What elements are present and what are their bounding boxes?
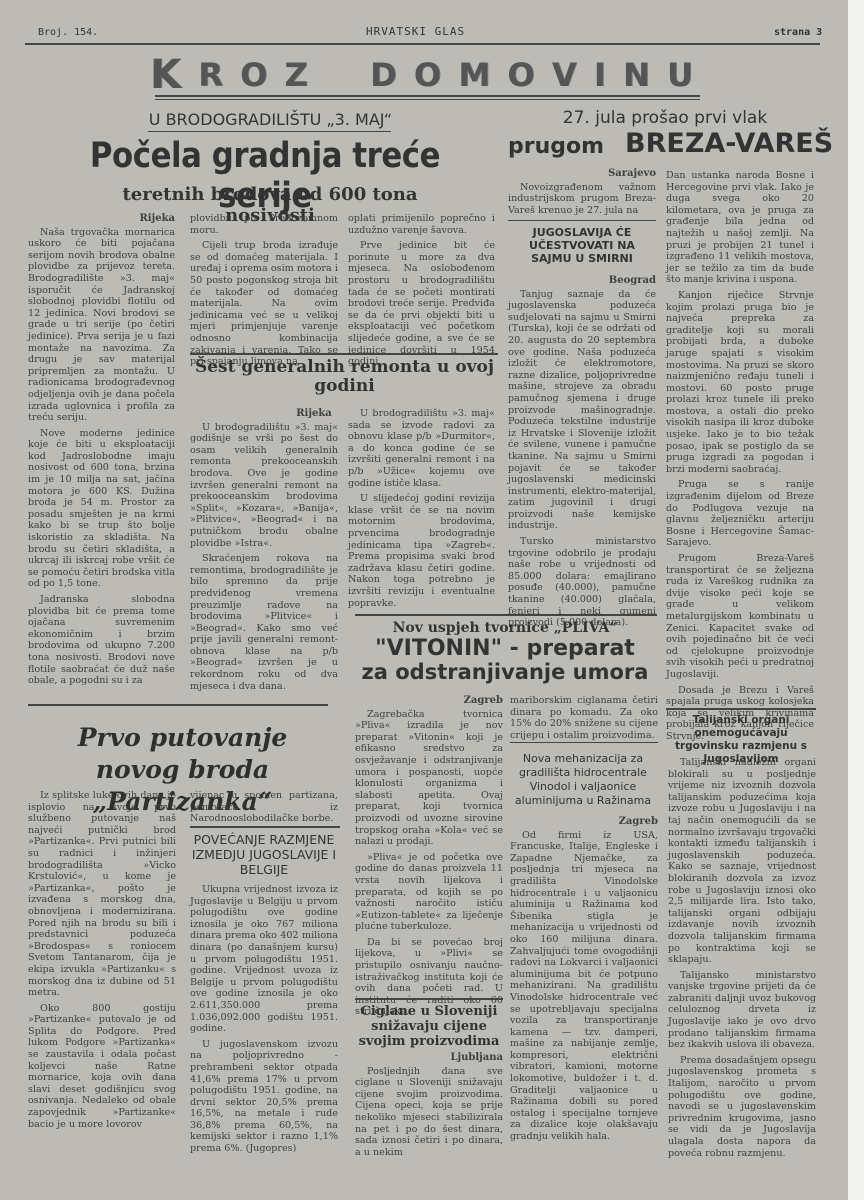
page-number: strana 3 [774,27,822,38]
masthead-letter: O [240,56,269,94]
masthead-letter: I [594,56,608,94]
masthead-letter: V [552,56,579,94]
partizanka-column-1: Iz splitske luke ovih dana je isplovio n… [28,790,176,1134]
paragraph: Prema dosadašnjem opsegu jugoslavenskog … [668,1055,816,1159]
kicker-rule [148,131,391,132]
smirna-column: Beograd Tanjug saznaje da će jugoslavens… [508,275,656,633]
paper-name: HRVATSKI GLAS [366,25,465,38]
page-edge [848,0,864,1200]
pliva-headline-line1: "VITONIN" - preparat [355,636,655,661]
paragraph: Oko 800 gostiju »Partizanke« putovalo je… [28,1003,176,1131]
paragraph: Talijansko ministarstvo vanjske trgovine… [668,970,816,1051]
section-rule [510,742,658,743]
masthead-letter: Z [285,56,310,94]
paragraph: U brodogradilištu »3. maj« godišnje se v… [190,422,338,550]
section-rule [190,826,340,828]
masthead-letter: O [414,56,443,94]
pliva-column: Zagreb Zagrebačka tvornica »Pliva« izrad… [355,695,503,1022]
remont-dateline: Rijeka [290,408,338,420]
paragraph: U jugoslavenskom izvozu na poljoprivredn… [190,1039,338,1155]
railway-kicker: 27. jula prošao prvi vlak [510,108,820,128]
vinodol-column: Zagreb Od firmi iz USA, Francuske, Itali… [510,816,658,1147]
railway-headline: BREZA-VAREŠ [625,128,833,159]
belgium-headline: POVEĆANJE RAZMJENE IZMEDJU JUGOSLAVIJE I… [188,832,340,877]
section-rule [355,998,503,1000]
section-rule [190,353,498,355]
ciglane-continuation: mariborskim ciglanama četiri dinara po k… [510,695,658,745]
ciglane-headline: Ciglane u Sloveniji snižavaju cijene svo… [355,1004,503,1049]
vinodol-dateline: Zagreb [510,816,658,828]
smirna-headline: JUGOSLAVIJA ĆE UČESTVOVATI NA SAJMU U SM… [508,226,656,265]
paragraph: Ukupna vrijednost izvoza iz Jugoslavije … [190,884,338,1035]
paragraph: Od firmi iz USA, Francuske, Italije, Eng… [510,830,658,1143]
masthead-letter: R [198,56,225,94]
ciglane-column: Ljubljana Posljednjih dana sve ciglane u… [355,1052,503,1162]
paragraph: mariborskim ciglanama četiri dinara po k… [510,695,658,741]
paragraph: Zagrebačka tvornica »Pliva« izradila je … [355,709,503,848]
paragraph: Novoizgrađenom važnom industrijskom prug… [508,182,656,217]
paragraph: U slijedećoj godini revizija klase vršit… [348,493,495,609]
masthead-letter: U [667,56,695,94]
paragraph: Tanjug saznaje da će jugoslavenska poduz… [508,289,656,532]
paragraph: Pruga se s ranije izgrađenim dijelom od … [666,479,814,549]
shipyard-kicker: U BRODOGRADILIŠTU „3. MAJ“ [148,110,393,129]
paragraph: Kanjon riječice Strvnje kojim prolazi pr… [666,290,814,476]
remont-column-2: U brodogradilištu »3. maj« sada se izvod… [348,408,495,613]
railway-column-2: Dan ustanka naroda Bosne i Hercegovine p… [666,170,814,747]
paragraph: Talijanski nadležni organi blokirali su … [668,757,816,966]
remont-headline: Šest generalnih remonta u ovoj godini [192,358,497,396]
paragraph: Jadranska slobodna plovidba bit će prema… [28,594,175,687]
belgium-column: Ukupna vrijednost izvoza iz Jugoslavije … [190,884,338,1159]
shipyard-column-2: plovidbu po Sredozemnom moru. Cijeli tru… [190,213,338,372]
paragraph: Prve jedinice bit će porinute u more za … [348,240,495,368]
pliva-kicker: Nov uspjeh tvornice „PLIVA“ [355,620,655,636]
header-rule [25,43,820,45]
pliva-headline-line2: za odstranjivanje umora [355,660,655,684]
paragraph: Iz splitske luke ovih dana je isplovio n… [28,790,176,999]
masthead-rule-1 [155,95,700,97]
masthead-letter: O [507,56,536,94]
masthead-rule-2 [155,99,700,100]
paragraph: Cijeli trup broda izrađuje se od domaćeg… [190,240,338,368]
vinodol-headline: Nova mehanizacija za gradilišta hidrocen… [508,752,658,808]
railway-headline-prefix: prugom [508,134,604,159]
newspaper-page: Broj. 154. HRVATSKI GLAS strana 3 K R O … [0,0,848,1200]
partizanka-column-2: vijenac u spomen partizana, pomoraca iz … [190,790,338,829]
paragraph: »Pliva« je od početka ove godine do dana… [355,852,503,933]
paragraph: Prugom Breza-Vareš transportirat će se ž… [666,553,814,681]
paragraph: plovidbu po Sredozemnom moru. [190,213,338,236]
railway-column-1: Sarajevo Novoizgrađenom važnom industrij… [508,168,656,220]
issue-number: Broj. 154. [38,27,98,38]
section-rule [508,220,656,221]
paragraph: Nove moderne jedinice koje će biti u eks… [28,428,175,590]
shipyard-dateline: Rijeka [28,213,175,225]
ciglane-dateline: Ljubljana [355,1052,503,1064]
paragraph: Naša trgovačka mornarica uskoro će biti … [28,227,175,424]
section-rule [666,708,816,710]
smirna-dateline: Beograd [508,275,656,287]
paragraph: Dan ustanka naroda Bosne i Hercegovine p… [666,170,814,286]
remont-column-1: Rijeka U brodogradilištu »3. maj« godišn… [190,408,338,696]
paragraph: oplati primijenilo poprečno i uzdužno va… [348,213,495,236]
paragraph: Posljednjih dana sve ciglane u Sloveniji… [355,1066,503,1159]
paragraph: U brodogradilištu »3. maj« sada se izvod… [348,408,495,489]
shipyard-column-3: oplati primijenilo poprečno i uzdužno va… [348,213,495,372]
masthead-letter: M [458,56,492,94]
section-rule [28,704,328,706]
section-rule [355,614,657,616]
pliva-dateline: Zagreb [355,695,503,707]
italy-column: Talijanski nadležni organi blokirali su … [668,757,816,1163]
masthead-letter: D [370,56,399,94]
paragraph: Skraćenjem rokova na remontima, brodogra… [190,553,338,692]
masthead-letter: N [623,56,652,94]
masthead-letter: K [150,52,183,98]
shipyard-column-1: Rijeka Naša trgovačka mornarica uskoro ć… [28,213,175,691]
section-masthead: K R O Z D O M O V I N U [150,55,695,95]
railway-dateline: Sarajevo [508,168,656,180]
paragraph: vijenac u spomen partizana, pomoraca iz … [190,790,338,825]
